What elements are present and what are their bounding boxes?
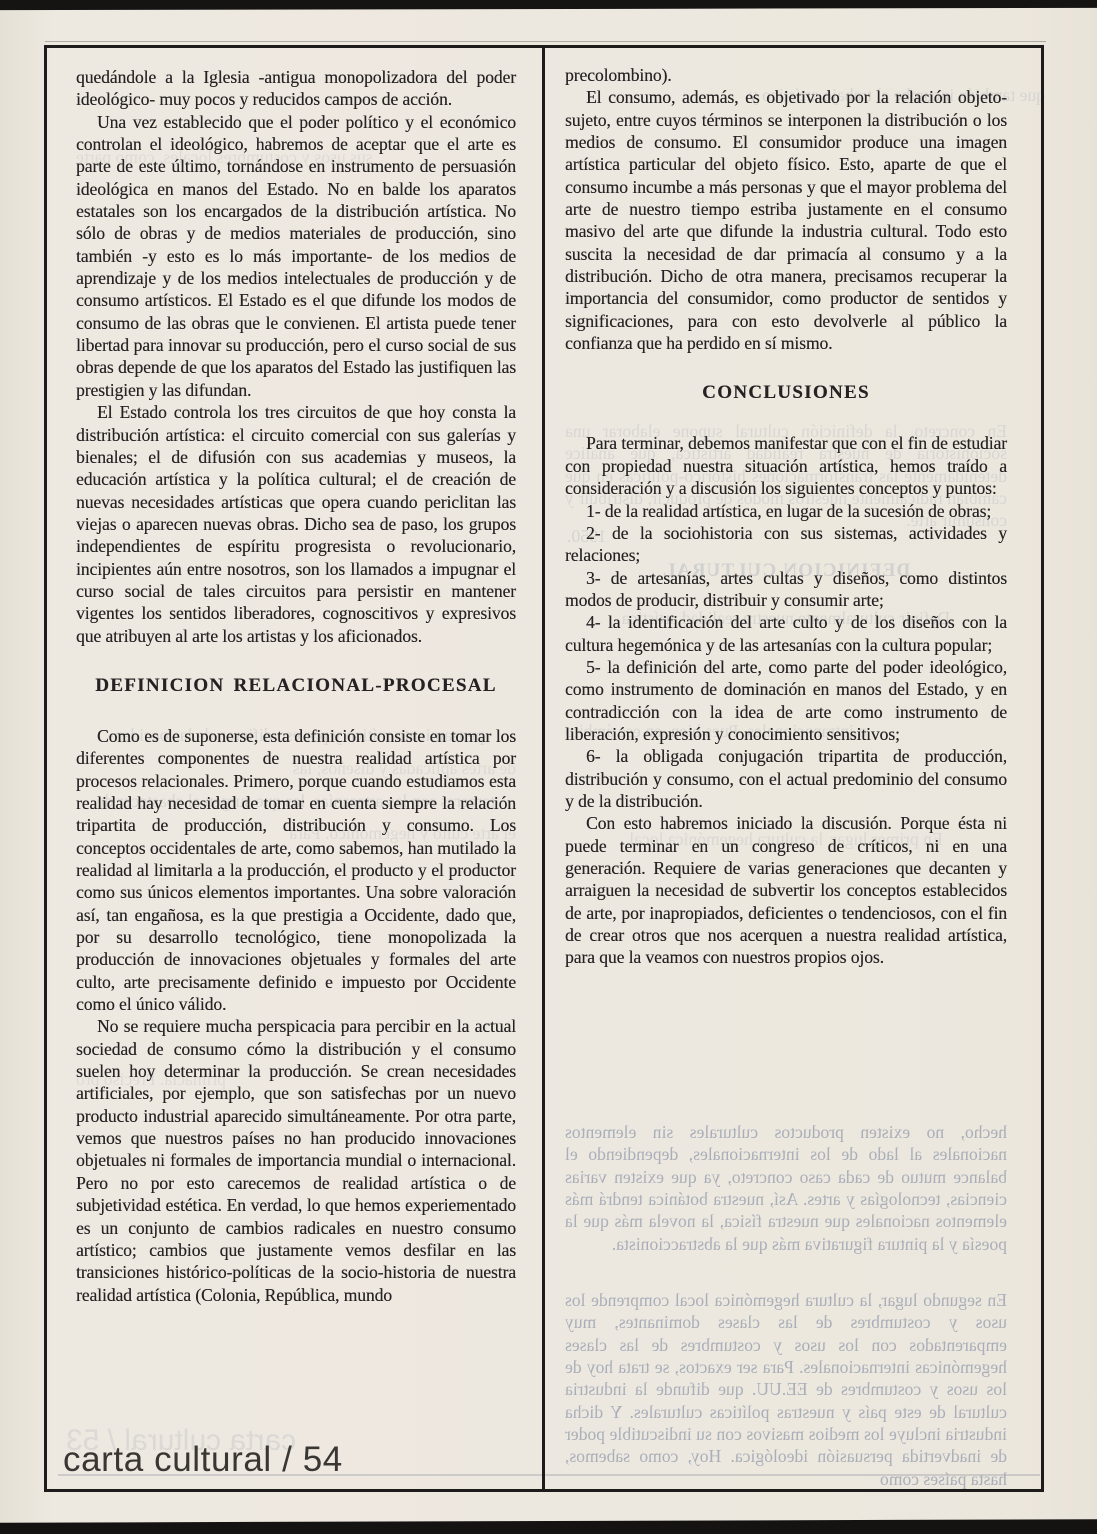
scan-edge-bottom: [0, 1519, 1097, 1534]
list-item: 3- de artesanías, artes cultas y diseños…: [565, 567, 1007, 612]
paragraph: Con esto habremos iniciado la discusión.…: [565, 812, 1007, 968]
list-item: 5- la definición del arte, como parte de…: [565, 656, 1007, 745]
left-column: quedándole a la Iglesia -antigua monopol…: [76, 66, 516, 1306]
scanned-magazine-page: quedándole a la Iglesia -antigua monopol…: [0, 0, 1097, 1534]
paragraph: El consumo, además, es objetivado por la…: [565, 86, 1007, 354]
page-footer: carta cultural / 54: [63, 1440, 343, 1480]
bleedthrough-text: En segundo lugar, la cultura hegemónica …: [565, 1289, 1007, 1490]
bleedthrough-text: hecho, no existen productos culturales s…: [565, 1121, 1007, 1255]
list-item: 6- la obligada conjugación tripartita de…: [565, 745, 1007, 812]
list-item: 2- de la sociohistoria con sus sistemas,…: [565, 522, 1007, 567]
right-column: precolombino). El consumo, además, es ob…: [565, 64, 1007, 969]
paragraph: Como es de suponerse, esta definición co…: [76, 725, 516, 1015]
column-divider: [542, 45, 545, 1492]
scan-edge-top: [0, 0, 1097, 10]
paragraph: precolombino).: [565, 64, 1007, 86]
paragraph: El Estado controla los tres circuitos de…: [76, 401, 516, 647]
section-heading-definicion-relacional-procesal: DEFINICION RELACIONAL-PROCESAL: [76, 674, 516, 698]
paragraph: quedándole a la Iglesia -antigua monopol…: [76, 66, 516, 111]
paragraph: Una vez establecido que el poder polític…: [76, 111, 516, 401]
paragraph: Para terminar, debemos manifestar que co…: [565, 432, 1007, 499]
list-item: 1- de la realidad artística, en lugar de…: [565, 500, 1007, 522]
paragraph: No se requiere mucha perspicacia para pe…: [76, 1015, 516, 1305]
list-item: 4- la identificación del arte culto y de…: [565, 611, 1007, 656]
section-heading-conclusiones: CONCLUSIONES: [565, 381, 1007, 405]
